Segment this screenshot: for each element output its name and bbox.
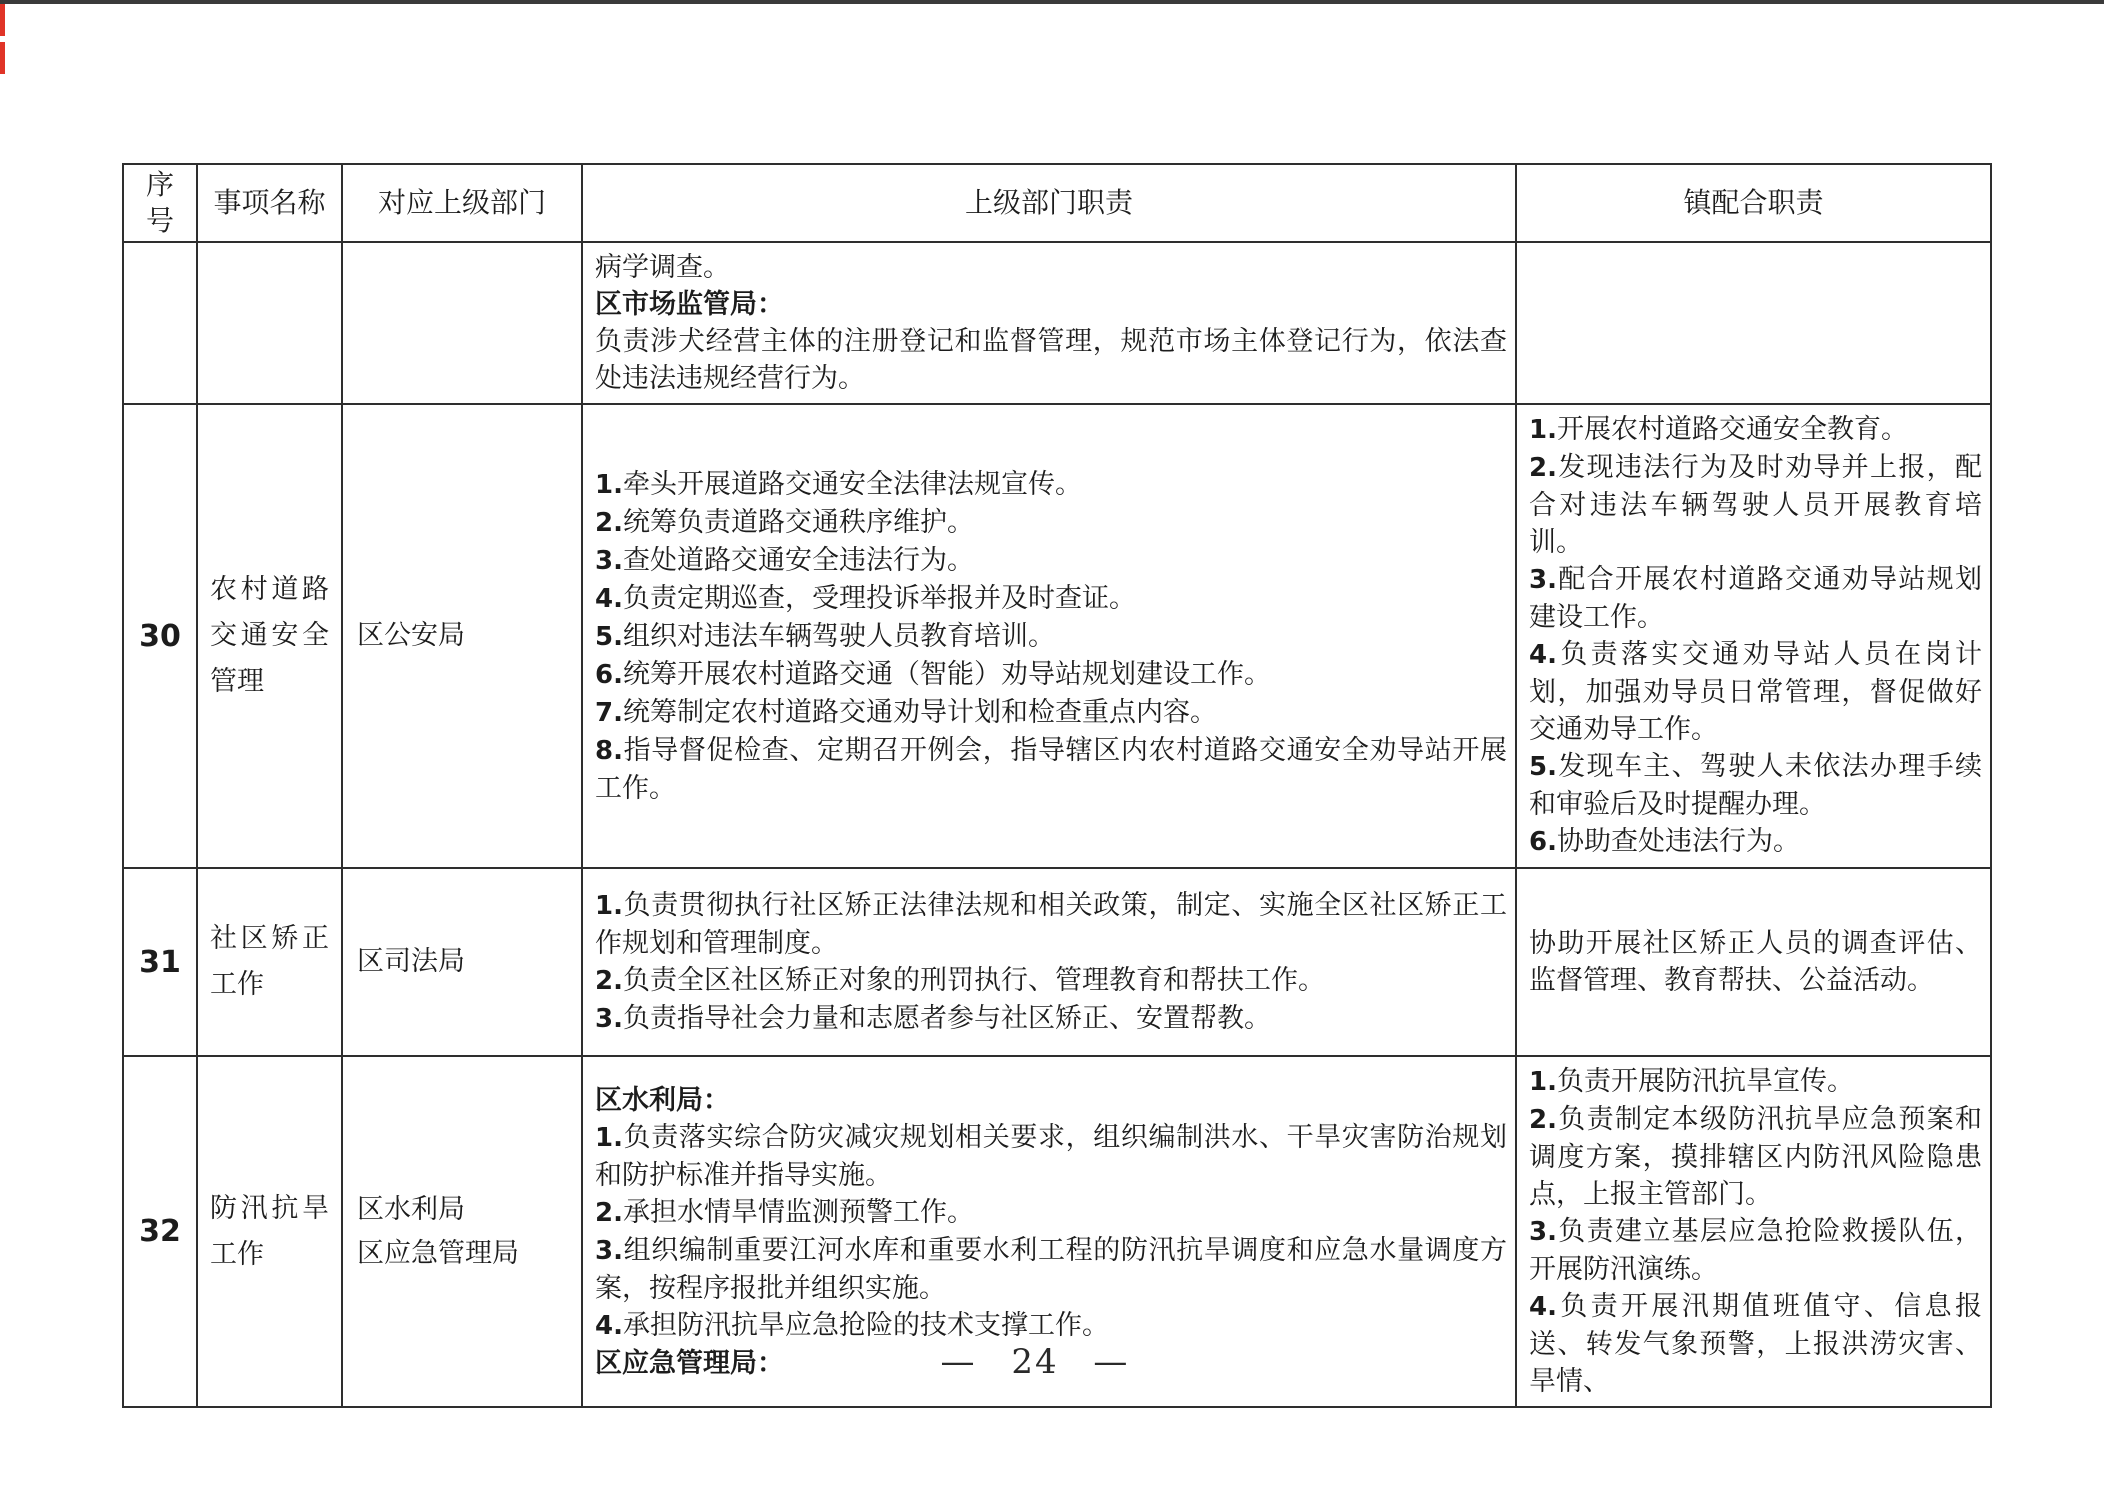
town-duties-cell bbox=[1516, 242, 1991, 404]
item-name-cell: 农村道路交通安全管理 bbox=[197, 404, 342, 868]
duty-item-number: 5. bbox=[1529, 752, 1557, 782]
duty-item: 8.指导督促检查、定期召开例会，指导辖区内农村道路交通安全劝导站开展工作。 bbox=[595, 732, 1507, 807]
town-duties-cell: 协助开展社区矫正人员的调查评估、监督管理、教育帮扶、公益活动。 bbox=[1516, 868, 1991, 1056]
table-row: 30 农村道路交通安全管理 区公安局 1.牵头开展道路交通安全法律法规宣传。2.… bbox=[123, 404, 1991, 868]
item-name-cell bbox=[197, 242, 342, 404]
duty-item: 1.负责贯彻执行社区矫正法律法规和相关政策，制定、实施全区社区矫正工作规划和管理… bbox=[595, 887, 1507, 962]
duty-item-number: 6. bbox=[595, 660, 623, 690]
duty-item: 3.配合开展农村道路交通劝导站规划建设工作。 bbox=[1529, 561, 1982, 636]
duty-item: 2.负责制定本级防汛抗旱应急预案和调度方案，摸排辖区内防汛风险隐患点，上报主管部… bbox=[1529, 1101, 1982, 1213]
left-margin-red-mark bbox=[0, 42, 5, 74]
duty-item: 6.统筹开展农村道路交通（智能）劝导站规划建设工作。 bbox=[595, 656, 1507, 694]
department-heading: 区水利局： bbox=[595, 1082, 1507, 1119]
row-serial-number: 30 bbox=[123, 404, 197, 868]
duty-item: 3.负责建立基层应急抢险救援队伍，开展防汛演练。 bbox=[1529, 1213, 1982, 1288]
page-number: — 24 — bbox=[0, 1342, 2070, 1382]
duty-item-number: 3. bbox=[1529, 1217, 1557, 1247]
duty-item-number: 1. bbox=[595, 470, 623, 500]
duty-item-number: 3. bbox=[595, 1004, 623, 1034]
duty-item: 2.发现违法行为及时劝导并上报，配合对违法车辆驾驶人员开展教育培训。 bbox=[1529, 449, 1982, 561]
superior-duties-cell: 1.负责贯彻执行社区矫正法律法规和相关政策，制定、实施全区社区矫正工作规划和管理… bbox=[582, 868, 1516, 1056]
duty-item-number: 4. bbox=[1529, 640, 1557, 670]
responsibility-table: 序号 事项名称 对应上级部门 上级部门职责 镇配合职责 病学调查。区市场监管局：… bbox=[122, 163, 1992, 1408]
duty-item-number: 1. bbox=[1529, 1067, 1557, 1097]
table-body: 病学调查。区市场监管局：负责涉犬经营主体的注册登记和监督管理，规范市场主体登记行… bbox=[123, 242, 1991, 1407]
table-row: 病学调查。区市场监管局：负责涉犬经营主体的注册登记和监督管理，规范市场主体登记行… bbox=[123, 242, 1991, 404]
duty-item: 4.负责落实交通劝导站人员在岗计划，加强劝导员日常管理，督促做好交通劝导工作。 bbox=[1529, 636, 1982, 748]
superior-duties-cell: 1.牵头开展道路交通安全法律法规宣传。2.统筹负责道路交通秩序维护。3.查处道路… bbox=[582, 404, 1516, 868]
duty-item-number: 4. bbox=[1529, 1292, 1557, 1322]
duty-item-number: 8. bbox=[595, 736, 623, 766]
duty-item-number: 2. bbox=[1529, 1105, 1557, 1135]
duty-item: 5.发现车主、驾驶人未依法办理手续和审验后及时提醒办理。 bbox=[1529, 748, 1982, 823]
duty-item: 2.承担水情旱情监测预警工作。 bbox=[595, 1194, 1507, 1232]
duty-item-number: 1. bbox=[595, 1123, 623, 1153]
left-margin-red-mark bbox=[0, 4, 5, 36]
superior-department-cell bbox=[342, 242, 582, 404]
duty-item-number: 7. bbox=[595, 698, 623, 728]
department-name: 区水利局 bbox=[357, 1188, 571, 1232]
duty-item: 1.牵头开展道路交通安全法律法规宣传。 bbox=[595, 466, 1507, 504]
duty-item: 3.负责指导社会力量和志愿者参与社区矫正、安置帮教。 bbox=[595, 1000, 1507, 1038]
duty-item-number: 3. bbox=[595, 1236, 623, 1266]
col-header-superior-duties: 上级部门职责 bbox=[582, 164, 1516, 242]
duty-item: 1.负责落实综合防灾减灾规划相关要求，组织编制洪水、干旱灾害防治规划和防护标准并… bbox=[595, 1119, 1507, 1194]
table-row: 31 社区矫正工作 区司法局 1.负责贯彻执行社区矫正法律法规和相关政策，制定、… bbox=[123, 868, 1991, 1056]
department-name: 区应急管理局 bbox=[357, 1232, 571, 1276]
header-row: 序号 事项名称 对应上级部门 上级部门职责 镇配合职责 bbox=[123, 164, 1991, 242]
department-name: 区公安局 bbox=[357, 614, 571, 658]
page-top-edge-line bbox=[0, 0, 2104, 4]
department-heading: 区市场监管局： bbox=[595, 286, 1507, 323]
row-serial-number: 31 bbox=[123, 868, 197, 1056]
duty-item-number: 2. bbox=[595, 966, 623, 996]
duty-item: 1.开展农村道路交通安全教育。 bbox=[1529, 411, 1982, 449]
superior-department-cell: 区司法局 bbox=[342, 868, 582, 1056]
duty-item: 5.组织对违法车辆驾驶人员教育培训。 bbox=[595, 618, 1507, 656]
duty-item-number: 2. bbox=[595, 508, 623, 538]
duty-item-number: 2. bbox=[1529, 453, 1557, 483]
duty-item: 病学调查。 bbox=[595, 249, 1507, 286]
superior-department-cell: 区公安局 bbox=[342, 404, 582, 868]
duty-item-number: 4. bbox=[595, 584, 623, 614]
col-header-serial-label: 序号 bbox=[144, 167, 176, 239]
duty-item-number: 3. bbox=[1529, 565, 1557, 595]
duty-item-number: 1. bbox=[595, 891, 623, 921]
duty-item: 2.统筹负责道路交通秩序维护。 bbox=[595, 504, 1507, 542]
duty-item-number: 6. bbox=[1529, 827, 1557, 857]
duty-item: 6.协助查处违法行为。 bbox=[1529, 823, 1982, 861]
superior-duties-cell: 病学调查。区市场监管局：负责涉犬经营主体的注册登记和监督管理，规范市场主体登记行… bbox=[582, 242, 1516, 404]
col-header-item-name: 事项名称 bbox=[197, 164, 342, 242]
duty-item: 4.负责定期巡查，受理投诉举报并及时查证。 bbox=[595, 580, 1507, 618]
duty-item: 1.负责开展防汛抗旱宣传。 bbox=[1529, 1063, 1982, 1101]
town-duties-cell: 1.开展农村道路交通安全教育。2.发现违法行为及时劝导并上报，配合对违法车辆驾驶… bbox=[1516, 404, 1991, 868]
duty-item-number: 1. bbox=[1529, 415, 1557, 445]
duty-item-number: 5. bbox=[595, 622, 623, 652]
duty-item-number: 2. bbox=[595, 1198, 623, 1228]
col-header-town-duties: 镇配合职责 bbox=[1516, 164, 1991, 242]
col-header-serial: 序号 bbox=[123, 164, 197, 242]
duty-item-number: 4. bbox=[595, 1311, 623, 1341]
department-name: 区司法局 bbox=[357, 940, 571, 984]
duty-item: 3.组织编制重要江河水库和重要水利工程的防汛抗旱调度和应急水量调度方案，按程序报… bbox=[595, 1232, 1507, 1307]
table-header: 序号 事项名称 对应上级部门 上级部门职责 镇配合职责 bbox=[123, 164, 1991, 242]
duty-item: 协助开展社区矫正人员的调查评估、监督管理、教育帮扶、公益活动。 bbox=[1529, 925, 1982, 999]
duty-item: 4.承担防汛抗旱应急抢险的技术支撑工作。 bbox=[595, 1307, 1507, 1345]
item-name-cell: 社区矫正工作 bbox=[197, 868, 342, 1056]
duty-item: 7.统筹制定农村道路交通劝导计划和检查重点内容。 bbox=[595, 694, 1507, 732]
col-header-superior-department: 对应上级部门 bbox=[342, 164, 582, 242]
duty-item-number: 3. bbox=[595, 546, 623, 576]
row-serial-number bbox=[123, 242, 197, 404]
duty-item: 负责涉犬经营主体的注册登记和监督管理，规范市场主体登记行为，依法查处违法违规经营… bbox=[595, 323, 1507, 397]
duty-item: 3.查处道路交通安全违法行为。 bbox=[595, 542, 1507, 580]
duty-item: 2.负责全区社区矫正对象的刑罚执行、管理教育和帮扶工作。 bbox=[595, 962, 1507, 1000]
